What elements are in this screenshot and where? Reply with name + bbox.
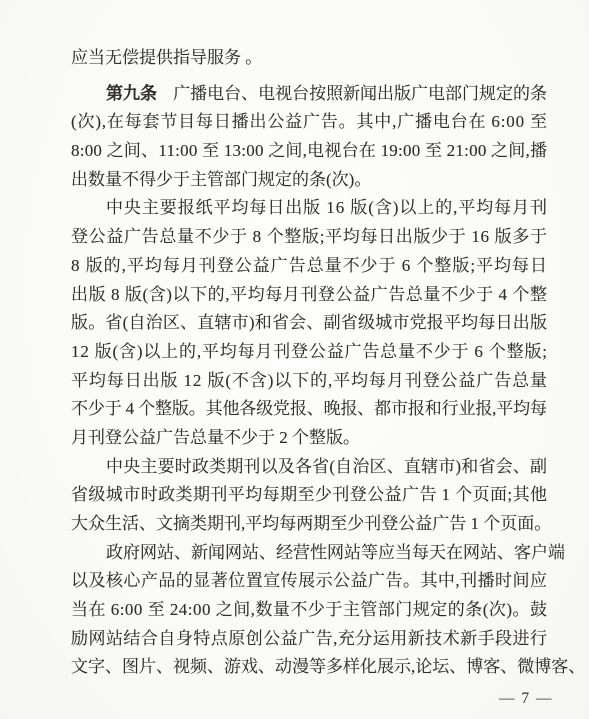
line-text: 政府网站、新闻网站、经营性网站等应当每天在网站、客户端 bbox=[106, 543, 565, 562]
page-number: — 7 — bbox=[499, 690, 553, 708]
text-line: 第九条广播电台、电视台按照新闻出版广电部门规定的条 bbox=[71, 80, 547, 109]
text-line: 出版 8 版(含)以下的,平均每月刊登公益广告总量不少于 4 个整 bbox=[71, 281, 547, 310]
line-text: 版。省(自治区、直辖市)和省会、副省级城市党报平均每日出版 bbox=[71, 313, 547, 332]
line-content: 登公益广告总量不少于 8 个整版;平均每日出版少于 16 版多于 bbox=[71, 227, 548, 246]
line-text: 以及核心产品的显著位置宣传展示公益广告。其中,刊播时间应 bbox=[71, 571, 547, 590]
line-content: 当在 6:00 至 24:00 之间,数量不少于主管部门规定的条(次)。鼓 bbox=[71, 600, 547, 619]
text-line: 政府网站、新闻网站、经营性网站等应当每天在网站、客户端 bbox=[71, 539, 547, 568]
text-line: 月刊登公益广告总量不少于 2 个整版。 bbox=[71, 424, 547, 453]
line-text: 8:00 之间、11:00 至 13:00 之间,电视台在 19:00 至 21… bbox=[71, 141, 547, 160]
line-content: 省级城市时政类期刊平均每期至少刊登公益广告 1 个页面;其他 bbox=[71, 485, 547, 504]
text-line: 版。省(自治区、直辖市)和省会、副省级城市党报平均每日出版 bbox=[71, 309, 547, 338]
text-line: 文字、图片、视频、游戏、动漫等多样化展示,论坛、博客、微博客、 bbox=[71, 653, 547, 682]
line-content: 励网站结合自身特点原创公益广告,充分运用新技术新手段进行 bbox=[71, 629, 547, 648]
line-content: 文字、图片、视频、游戏、动漫等多样化展示,论坛、博客、微博客、 bbox=[71, 657, 585, 676]
line-content: (次),在每套节目每日播出公益广告。其中,广播电台在 6:00 至 bbox=[71, 112, 548, 131]
line-text: 中央主要报纸平均每日出版 16 版(含)以上的,平均每月刊 bbox=[106, 198, 548, 217]
line-text: 月刊登公益广告总量不少于 2 个整版。 bbox=[71, 428, 360, 447]
text-line: 励网站结合自身特点原创公益广告,充分运用新技术新手段进行 bbox=[71, 625, 547, 654]
text-line: 出数量不得少于主管部门规定的条(次)。 bbox=[71, 166, 547, 195]
text-line: 不少于 4 个整版。其他各级党报、晚报、都市报和行业报,平均每 bbox=[71, 395, 547, 424]
text-line: 省级城市时政类期刊平均每期至少刊登公益广告 1 个页面;其他 bbox=[71, 481, 547, 510]
line-content: 不少于 4 个整版。其他各级党报、晚报、都市报和行业报,平均每 bbox=[71, 399, 547, 418]
line-text: 励网站结合自身特点原创公益广告,充分运用新技术新手段进行 bbox=[71, 629, 547, 648]
text-line: 中央主要时政类期刊以及各省(自治区、直辖市)和省会、副 bbox=[71, 453, 547, 482]
scanned-page: 应当无偿提供指导服务 。第九条广播电台、电视台按照新闻出版广电部门规定的条(次)… bbox=[0, 0, 589, 719]
line-text: 广播电台、电视台按照新闻出版广电部门规定的条 bbox=[173, 84, 547, 103]
text-line: 8 版的,平均每月刊登公益广告总量不少于 6 个整版;平均每日 bbox=[71, 252, 547, 281]
text-line: 12 版(含)以上的,平均每月刊登公益广告总量不少于 6 个整版; bbox=[71, 338, 547, 367]
text-line: 平均每日出版 12 版(不含)以下的,平均每月刊登公益广告总量 bbox=[71, 367, 547, 396]
article-number: 第九条 bbox=[106, 84, 157, 103]
text-line: 8:00 之间、11:00 至 13:00 之间,电视台在 19:00 至 21… bbox=[71, 137, 547, 166]
line-content: 应当无偿提供指导服务 。 bbox=[71, 48, 262, 67]
line-text: 不少于 4 个整版。其他各级党报、晚报、都市报和行业报,平均每 bbox=[71, 399, 547, 418]
line-content: 出版 8 版(含)以下的,平均每月刊登公益广告总量不少于 4 个整 bbox=[71, 285, 548, 304]
line-content: 大众生活、文摘类期刊,平均每两期至少刊登公益广告 1 个页面。 bbox=[71, 514, 551, 533]
line-text: (次),在每套节目每日播出公益广告。其中,广播电台在 6:00 至 bbox=[71, 112, 548, 131]
line-content: 8:00 之间、11:00 至 13:00 之间,电视台在 19:00 至 21… bbox=[71, 141, 547, 160]
line-content: 中央主要报纸平均每日出版 16 版(含)以上的,平均每月刊 bbox=[106, 198, 548, 217]
text-line: 登公益广告总量不少于 8 个整版;平均每日出版少于 16 版多于 bbox=[71, 223, 547, 252]
line-text: 出数量不得少于主管部门规定的条(次)。 bbox=[71, 170, 371, 189]
text-line: 大众生活、文摘类期刊,平均每两期至少刊登公益广告 1 个页面。 bbox=[71, 510, 547, 539]
line-content: 政府网站、新闻网站、经营性网站等应当每天在网站、客户端 bbox=[106, 543, 565, 562]
line-text: 文字、图片、视频、游戏、动漫等多样化展示,论坛、博客、微博客、 bbox=[71, 657, 585, 676]
line-content: 版。省(自治区、直辖市)和省会、副省级城市党报平均每日出版 bbox=[71, 313, 547, 332]
line-content: 月刊登公益广告总量不少于 2 个整版。 bbox=[71, 428, 360, 447]
line-text: 出版 8 版(含)以下的,平均每月刊登公益广告总量不少于 4 个整 bbox=[71, 285, 548, 304]
text-line: (次),在每套节目每日播出公益广告。其中,广播电台在 6:00 至 bbox=[71, 108, 547, 137]
line-content: 出数量不得少于主管部门规定的条(次)。 bbox=[71, 170, 371, 189]
line-content: 平均每日出版 12 版(不含)以下的,平均每月刊登公益广告总量 bbox=[71, 371, 548, 390]
line-text: 当在 6:00 至 24:00 之间,数量不少于主管部门规定的条(次)。鼓 bbox=[71, 600, 547, 619]
line-text: 平均每日出版 12 版(不含)以下的,平均每月刊登公益广告总量 bbox=[71, 371, 548, 390]
line-text: 大众生活、文摘类期刊,平均每两期至少刊登公益广告 1 个页面。 bbox=[71, 514, 551, 533]
line-text: 登公益广告总量不少于 8 个整版;平均每日出版少于 16 版多于 bbox=[71, 227, 548, 246]
line-content: 12 版(含)以上的,平均每月刊登公益广告总量不少于 6 个整版; bbox=[71, 342, 548, 361]
line-text: 12 版(含)以上的,平均每月刊登公益广告总量不少于 6 个整版; bbox=[71, 342, 548, 361]
line-content: 8 版的,平均每月刊登公益广告总量不少于 6 个整版;平均每日 bbox=[71, 256, 548, 275]
text-line: 当在 6:00 至 24:00 之间,数量不少于主管部门规定的条(次)。鼓 bbox=[71, 596, 547, 625]
body-text: 应当无偿提供指导服务 。第九条广播电台、电视台按照新闻出版广电部门规定的条(次)… bbox=[71, 44, 547, 682]
text-line: 以及核心产品的显著位置宣传展示公益广告。其中,刊播时间应 bbox=[71, 567, 547, 596]
line-content: 中央主要时政类期刊以及各省(自治区、直辖市)和省会、副 bbox=[106, 457, 547, 476]
text-line: 应当无偿提供指导服务 。 bbox=[71, 44, 547, 73]
line-text: 8 版的,平均每月刊登公益广告总量不少于 6 个整版;平均每日 bbox=[71, 256, 548, 275]
line-text: 应当无偿提供指导服务 。 bbox=[71, 48, 262, 67]
line-content: 第九条广播电台、电视台按照新闻出版广电部门规定的条 bbox=[106, 84, 547, 103]
line-text: 省级城市时政类期刊平均每期至少刊登公益广告 1 个页面;其他 bbox=[71, 485, 547, 504]
text-line: 中央主要报纸平均每日出版 16 版(含)以上的,平均每月刊 bbox=[71, 194, 547, 223]
line-content: 以及核心产品的显著位置宣传展示公益广告。其中,刊播时间应 bbox=[71, 571, 547, 590]
line-text: 中央主要时政类期刊以及各省(自治区、直辖市)和省会、副 bbox=[106, 457, 547, 476]
